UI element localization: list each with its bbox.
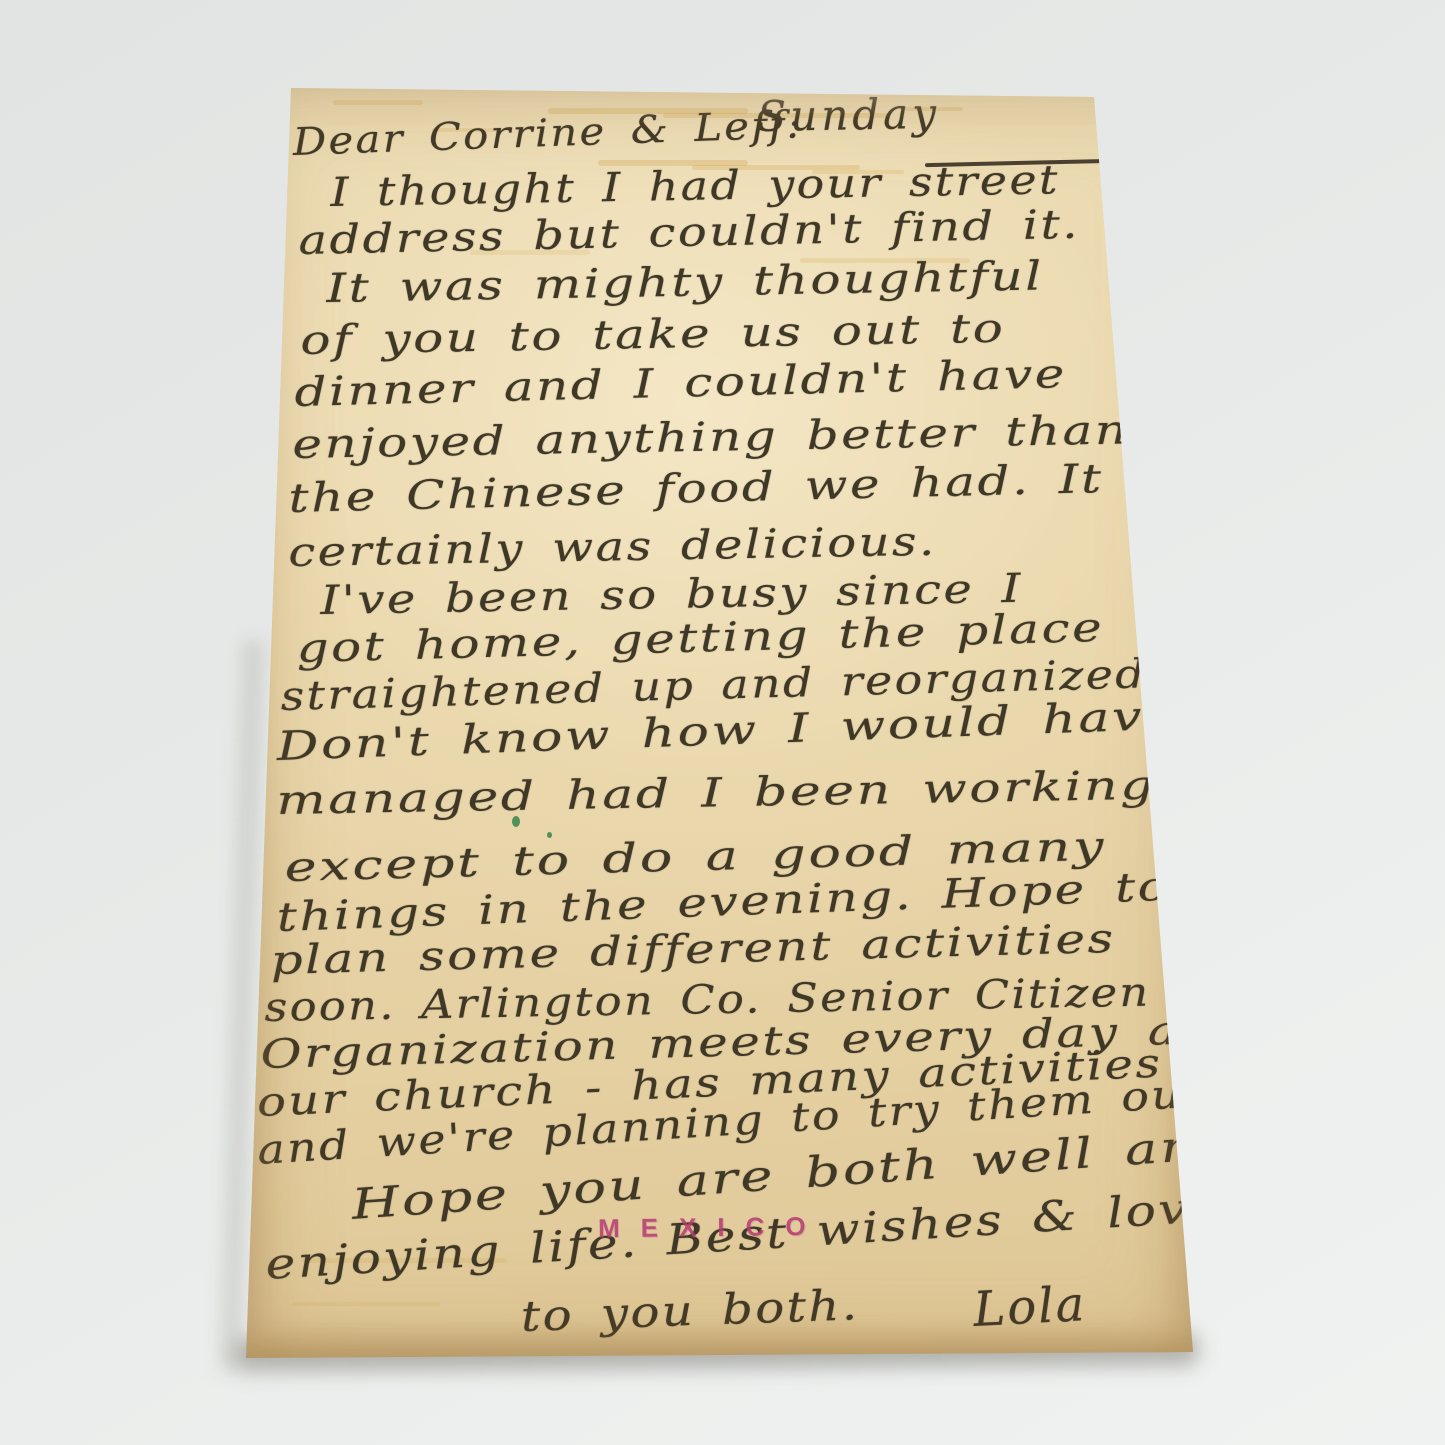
postcard: Sunday Dear Corrine & Leff: I thought I … bbox=[0, 0, 1445, 1445]
photo-background: Sunday Dear Corrine & Leff: I thought I … bbox=[0, 0, 1445, 1445]
paper-vignette bbox=[246, 88, 1194, 1359]
